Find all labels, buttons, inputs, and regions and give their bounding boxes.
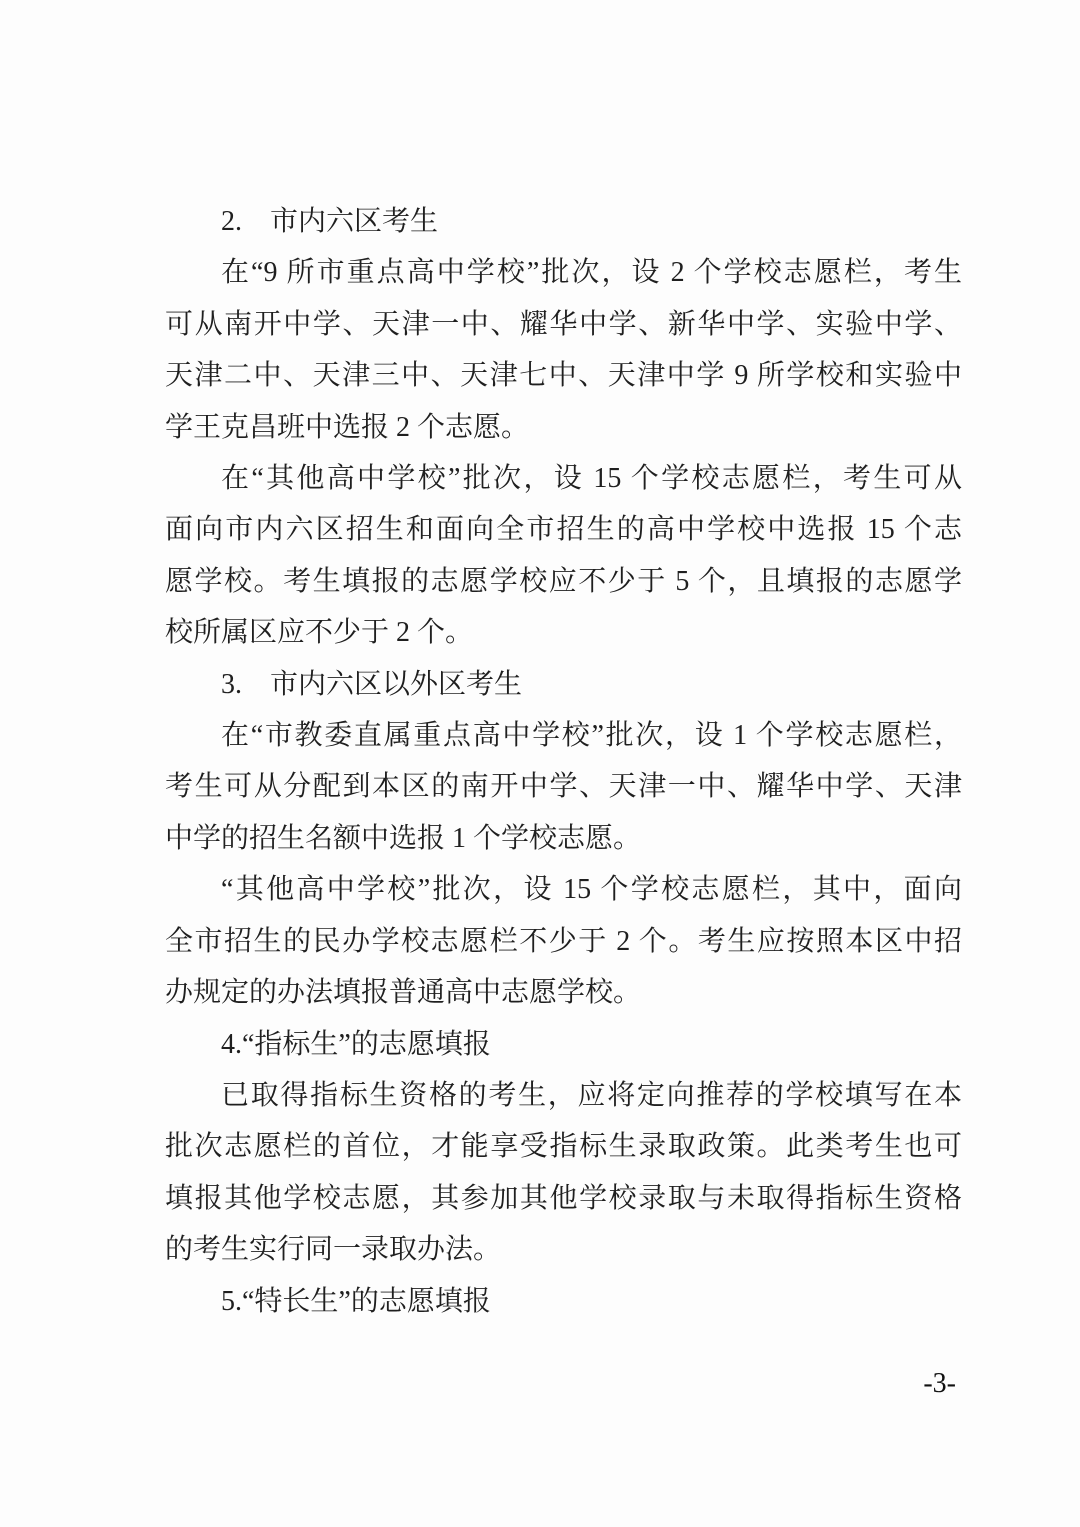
- paragraph-line: 填报其他学校志愿，其参加其他学校录取与未取得指标生资格: [165, 1173, 962, 1224]
- document-body: 2. 市内六区考生 在“9 所市重点高中学校”批次，设 2 个学校志愿栏，考生 …: [165, 196, 962, 1327]
- paragraph-line: 校所属区应不少于 2 个。: [165, 607, 962, 658]
- document-page: 2. 市内六区考生 在“9 所市重点高中学校”批次，设 2 个学校志愿栏，考生 …: [0, 0, 1080, 1527]
- paragraph-line: 可从南开中学、天津一中、耀华中学、新华中学、实验中学、: [165, 299, 962, 350]
- paragraph-line: 天津二中、天津三中、天津七中、天津中学 9 所学校和实验中: [165, 350, 962, 401]
- section-heading-quota-students: 4.“指标生”的志愿填报: [165, 1019, 962, 1070]
- section-heading-special-talent-students: 5.“特长生”的志愿填报: [165, 1276, 962, 1327]
- paragraph-line: 的考生实行同一录取办法。: [165, 1224, 962, 1275]
- paragraph-line: 批次志愿栏的首位，才能享受指标生录取政策。此类考生也可: [165, 1121, 962, 1172]
- paragraph-line: 中学的招生名额中选报 1 个学校志愿。: [165, 813, 962, 864]
- paragraph-line: 面向市内六区招生和面向全市招生的高中学校中选报 15 个志: [165, 504, 962, 555]
- paragraph-line: 愿学校。考生填报的志愿学校应不少于 5 个，且填报的志愿学: [165, 556, 962, 607]
- paragraph-line: 考生可从分配到本区的南开中学、天津一中、耀华中学、天津: [165, 761, 962, 812]
- section-heading-outer-districts: 3. 市内六区以外区考生: [165, 659, 962, 710]
- paragraph-line: 在“市教委直属重点高中学校”批次，设 1 个学校志愿栏，: [165, 710, 962, 761]
- paragraph-line: 已取得指标生资格的考生，应将定向推荐的学校填写在本: [165, 1070, 962, 1121]
- section-heading-inner-six-districts: 2. 市内六区考生: [165, 196, 962, 247]
- paragraph-line: 在“9 所市重点高中学校”批次，设 2 个学校志愿栏，考生: [165, 247, 962, 298]
- paragraph-line: 全市招生的民办学校志愿栏不少于 2 个。考生应按照本区中招: [165, 916, 962, 967]
- paragraph-line: “其他高中学校”批次，设 15 个学校志愿栏，其中，面向: [165, 864, 962, 915]
- paragraph-line: 办规定的办法填报普通高中志愿学校。: [165, 967, 962, 1018]
- paragraph-line: 学王克昌班中选报 2 个志愿。: [165, 402, 962, 453]
- page-number: -3-: [923, 1370, 956, 1398]
- paragraph-line: 在“其他高中学校”批次，设 15 个学校志愿栏，考生可从: [165, 453, 962, 504]
